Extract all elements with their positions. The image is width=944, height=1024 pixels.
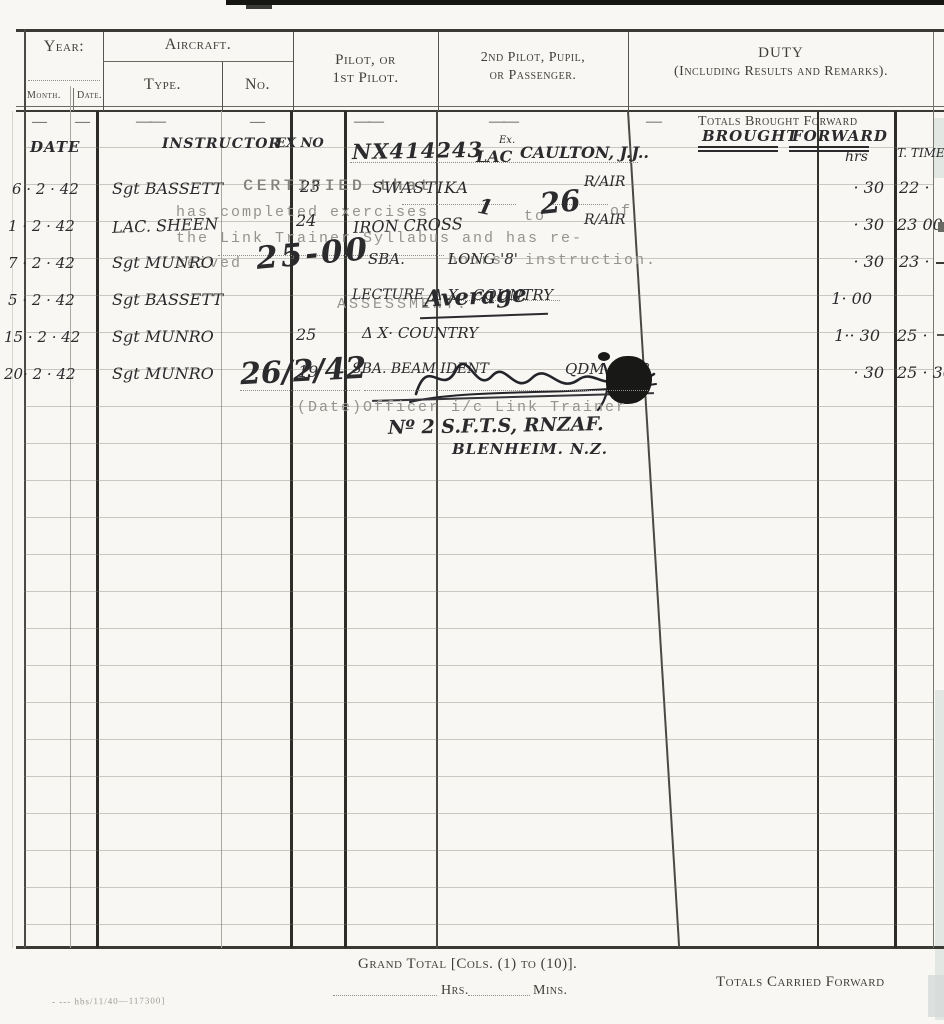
nil-dash-second-pilot: —— <box>489 113 517 131</box>
pupil-rank-superscript: Ex. <box>499 135 515 146</box>
row-duty: SBA. <box>368 250 405 268</box>
totals-carried-forward-label: Totals Carried Forward <box>716 974 885 991</box>
pupil-name-underline <box>350 162 638 163</box>
grand-total-label: Grand Total [Cols. (1) to (10)]. <box>358 956 577 973</box>
row-hours: · 30 <box>812 252 884 271</box>
signature-blank-line <box>364 390 650 391</box>
grand-total-mins-blank <box>468 995 530 996</box>
row-hours: 1·· 30 <box>808 326 880 345</box>
date-header: Date. <box>77 90 102 101</box>
row-ex-no: 24 <box>296 211 316 230</box>
header-bottom-line <box>16 106 944 107</box>
hrs-column-header: hrs <box>845 149 868 165</box>
month-date-divider <box>73 88 74 111</box>
pilot-header-line2: 1st Pilot. <box>293 70 438 87</box>
grand-total-hrs-blank <box>333 995 437 996</box>
row-duty-extra: R/AIR <box>584 212 625 228</box>
row-total-time: 23 00 <box>897 215 943 234</box>
brought-handwritten: BROUGHT <box>702 127 798 145</box>
row-instructor: Sgt MUNRO <box>112 253 214 272</box>
column-line <box>12 111 13 948</box>
ex-no-col-handwritten: EX NO <box>276 136 324 151</box>
pupil-name: CAULTON, J.J.. <box>520 143 649 162</box>
row-hours: · 30 <box>812 363 884 382</box>
row-total-time: 25 · <box>897 326 928 345</box>
underline <box>698 146 778 148</box>
grand-total-hrs-label: Hrs. <box>441 983 469 999</box>
nil-dash-date: — <box>75 114 91 131</box>
nil-dash-type: —— <box>136 113 164 131</box>
row-instructor: LAC. SHEEN <box>112 214 219 237</box>
forward-handwritten: FORWARD <box>792 127 888 145</box>
print-reference: - --- hbs/11/40—117300] <box>52 995 165 1006</box>
row-duty: SWASTIKA <box>372 178 469 197</box>
no-header: No. <box>222 76 293 94</box>
row-hours: · 30 <box>812 215 884 234</box>
row-instructor: Sgt BASSETT <box>112 290 223 309</box>
signed-date-handwritten: 26/2/42 <box>239 351 367 393</box>
row-total-time: 23 · <box>899 252 930 271</box>
table-top-border <box>16 29 944 32</box>
row-ex-no: 23 <box>300 177 320 196</box>
scan-smudge <box>935 690 944 1020</box>
row-duty-extra: Δ X - COUNTRY <box>432 286 553 304</box>
row-duty-extra: R/AIR <box>584 174 625 190</box>
underline <box>789 146 869 148</box>
row-date: 7 · 2 · 42 <box>8 254 75 272</box>
scan-smudge <box>928 975 944 1017</box>
edge-mark <box>938 222 944 232</box>
type-header: Type. <box>103 76 222 94</box>
row-instructor: Sgt BASSETT <box>112 179 223 198</box>
row-instructor: Sgt MUNRO <box>112 364 214 383</box>
duty-header-line2: (Including Results and Remarks). <box>628 64 934 80</box>
row-ex-no: 25 <box>296 325 316 344</box>
second-pilot-header-line1: 2nd Pilot, Pupil, <box>438 50 628 66</box>
scan-edge-artifact <box>226 0 944 5</box>
edge-mark <box>936 262 944 264</box>
duty-header-line1: DUTY <box>628 45 934 62</box>
instructor-col-handwritten: INSTRUCTOR <box>162 136 281 152</box>
typed-blank <box>402 204 516 205</box>
row-hours: · 30 <box>812 178 884 197</box>
year-divider-rule <box>28 80 100 81</box>
aircraft-underline <box>103 61 293 62</box>
row-duty: LECTURE <box>352 287 424 303</box>
year-header: Year: <box>28 38 100 56</box>
row-instructor: Sgt MUNRO <box>112 327 214 346</box>
grand-total-mins-label: Mins. <box>533 983 568 999</box>
row-total-time: 25 · 30 <box>897 363 944 382</box>
row-total-time: 22 · <box>899 178 930 197</box>
unit-handwritten: Nº 2 S.F.T.S, RNZAF. <box>388 413 604 439</box>
exercise-to-handwritten: 26 <box>538 183 582 221</box>
row-hours: 1· 00 <box>800 289 872 308</box>
row-date: 1 · 2 · 42 <box>8 217 75 235</box>
month-header: Month. <box>27 90 61 101</box>
logbook-page: Year: Month. Date. Aircraft. Type. No. P… <box>0 0 944 1024</box>
pupil-serial: NX414243 <box>352 137 484 164</box>
scan-edge-artifact <box>246 5 272 9</box>
typed-date-label: (Date) <box>297 399 363 416</box>
underline <box>698 150 778 152</box>
location-handwritten: BLENHEIM. N.Z. <box>452 440 608 458</box>
row-date: 20· 2 · 42 <box>4 365 76 383</box>
date-col-handwritten: DATE <box>30 138 80 156</box>
ink-blot-speck <box>598 352 610 361</box>
nil-dash-month: — <box>32 114 48 131</box>
row-date: 6 · 2 · 42 <box>12 180 79 198</box>
row-date: 5 · 2 · 42 <box>8 291 75 309</box>
aircraft-header: Aircraft. <box>103 36 293 54</box>
edge-mark <box>937 334 944 336</box>
row-duty-extra: LONG '8' <box>448 250 518 268</box>
nil-dash-duty: — <box>646 113 663 131</box>
pupil-rank: LAC <box>476 147 512 166</box>
date-blank-line <box>240 390 360 391</box>
pilot-header-line1: Pilot, or <box>293 52 438 69</box>
second-pilot-header-line2: or Passenger. <box>438 68 628 84</box>
row-date: 15 · 2 · 42 <box>4 328 80 346</box>
total-time-column-header: T. TIME <box>897 146 944 160</box>
row-duty: IRON CROSS <box>353 214 463 237</box>
nil-dash-no: — <box>250 114 266 131</box>
nil-dash-pilot: —— <box>354 113 382 131</box>
